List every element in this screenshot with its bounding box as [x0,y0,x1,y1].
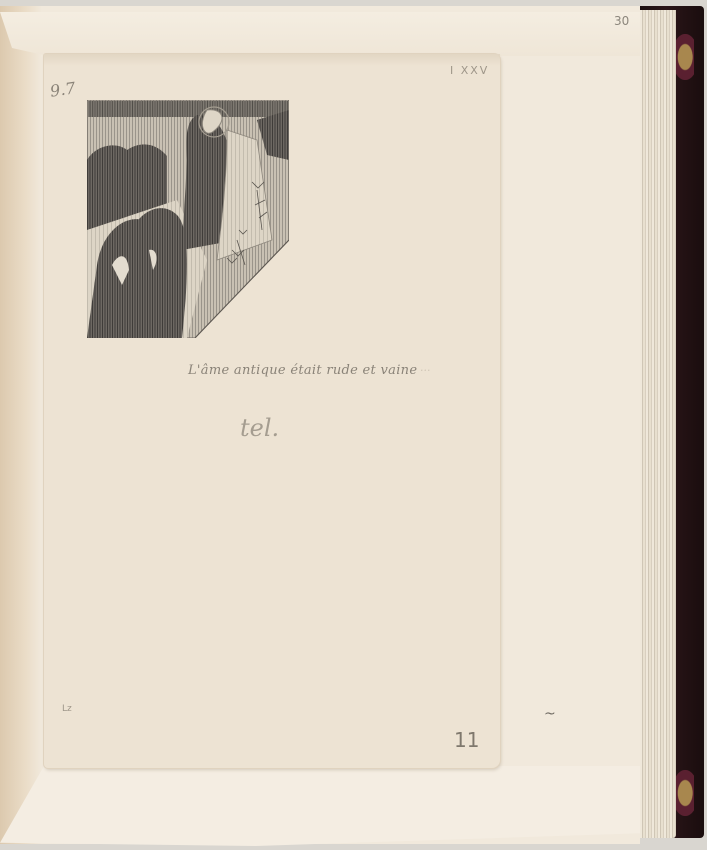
folio-number: 30 [614,14,629,28]
caption-faint-continuation: ... [420,361,431,374]
mount-fold-bottom [0,766,640,846]
drawing-caption: L'âme antique était rude et vaine [188,363,417,378]
album-view: 30 [0,0,707,850]
mount-fold-top [0,12,640,56]
catalog-mark-top-left: 9.7 [49,78,77,100]
pencil-drawing [87,100,289,338]
annotation-tel: tel. [240,414,279,442]
mount-mark: ~ [544,706,556,722]
sheet-page-number: 11 [454,728,479,752]
book-gutter [0,6,42,844]
catalog-mark-top-right: I XXV [450,64,489,77]
bottom-left-mark: Lz [62,704,72,714]
